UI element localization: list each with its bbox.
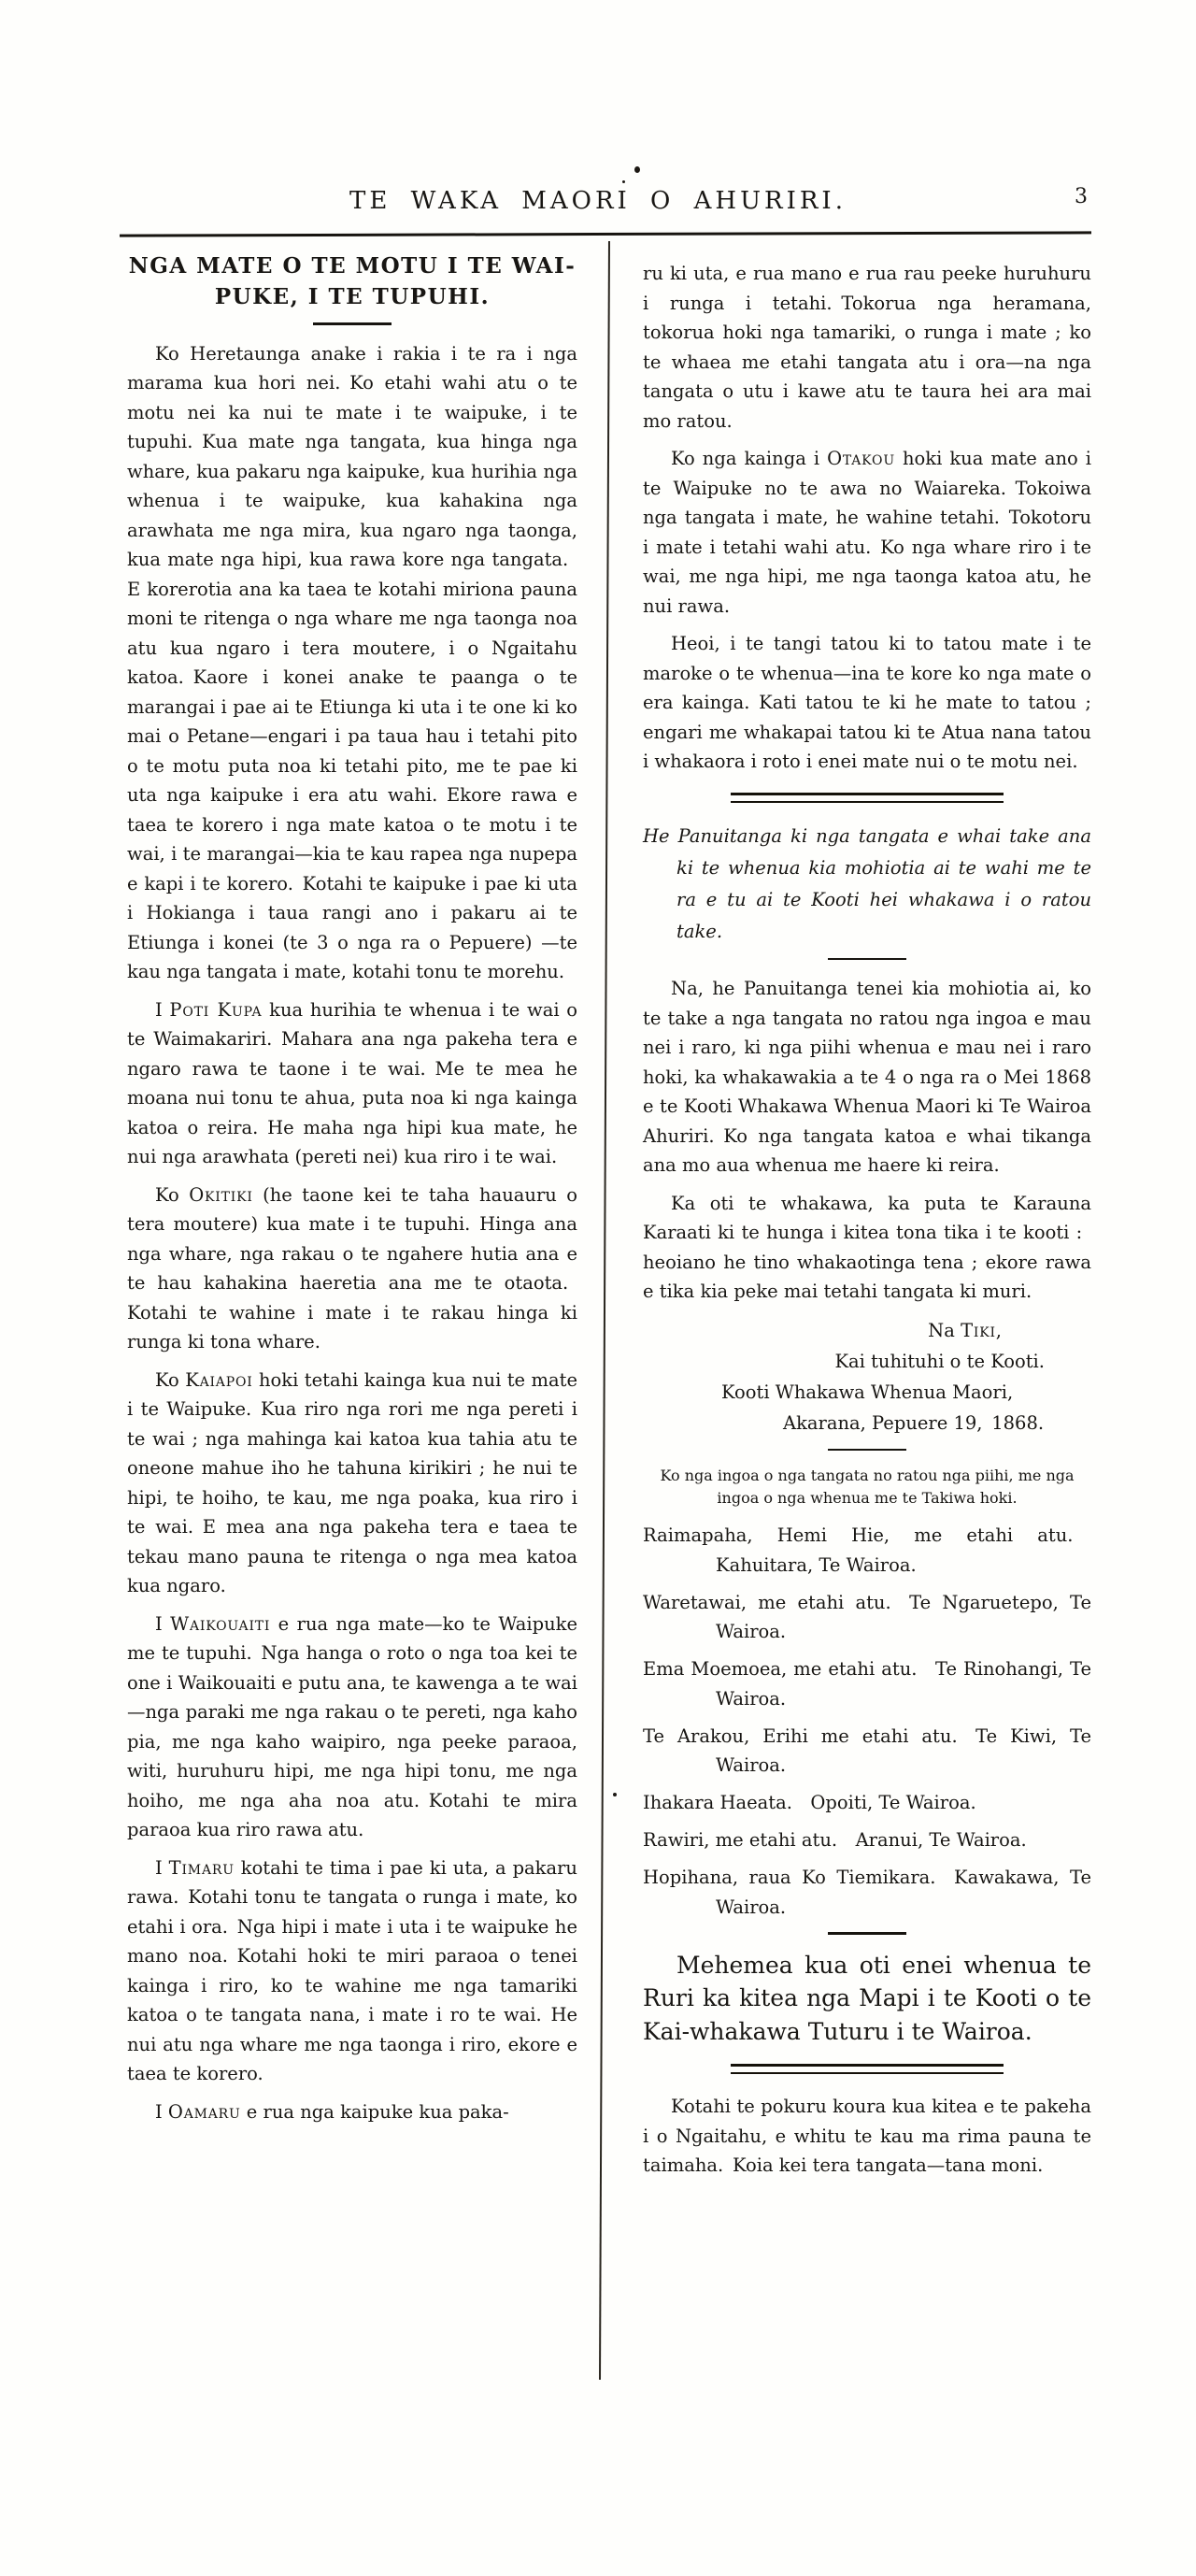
page-number: 3 xyxy=(1075,185,1088,208)
signature-line: Akarana, Pepuere 19, 1868. xyxy=(643,1408,1091,1438)
signature-line: Kooti Whakawa Whenua Maori, xyxy=(643,1377,1091,1408)
text-run: Kai tuhituhi o te Kooti. xyxy=(834,1351,1045,1372)
small-caps-name: Kaiapoi xyxy=(185,1369,252,1391)
right-column: ru ki uta, e rua mano e rua rau peeke hu… xyxy=(643,259,1091,2189)
text-run: I xyxy=(155,1857,169,1879)
small-caps-name: Timaru xyxy=(169,1857,235,1879)
heading-rule xyxy=(313,322,392,325)
text-run: Na, he Panuitanga tenei kia mohiotia ai,… xyxy=(643,978,1091,1176)
scan-speck xyxy=(613,1793,617,1796)
small-caps-name: Poti Kupa xyxy=(169,999,262,1021)
text-run: Mehemea kua oti enei whenua te Ruri ka k… xyxy=(643,1952,1091,2045)
text-run: Ihakara Haeata. Opoiti, Te Wairoa. xyxy=(643,1792,976,1813)
masthead-title: TE WAKA MAORI O AHURIRI. xyxy=(0,187,1196,215)
small-caps-name: Okitiki xyxy=(189,1184,252,1206)
article-paragraph: I Poti Kupa kua hurihia te whenua i te w… xyxy=(127,995,577,1172)
section-divider-rule xyxy=(731,2064,1004,2074)
section-divider-rule xyxy=(731,793,1004,803)
text-run: e rua nga kaipuke kua paka- xyxy=(241,2101,509,2123)
left-column: NGA MATE O TE MOTU I TE WAI-PUKE, I TE T… xyxy=(127,250,577,2135)
list-preamble: Ko nga ingoa o nga tangata no ratou nga … xyxy=(643,1465,1091,1509)
article-paragraph: I Timaru kotahi te tima i pae ki uta, a … xyxy=(127,1853,577,2089)
text-run: I xyxy=(155,2101,168,2123)
article-heading: NGA MATE O TE MOTU I TE WAI-PUKE, I TE T… xyxy=(127,250,577,312)
text-run: hoki tetahi kainga kua nui te mate i te … xyxy=(127,1369,577,1597)
survey-paragraph: Mehemea kua oti enei whenua te Ruri ka k… xyxy=(643,1949,1091,2049)
text-run: Hopihana, raua Ko Tiemikara. Kawakawa, T… xyxy=(643,1867,1091,1918)
heading-line: NGA MATE O TE MOTU I TE WAI- xyxy=(127,250,577,281)
small-caps-name: Waikouaiti xyxy=(170,1613,270,1635)
text-run: , xyxy=(996,1320,1002,1341)
text-run: hoki kua mate ano i te Waipuke no te awa… xyxy=(643,448,1091,617)
article-paragraph: Ko nga kainga i Otakou hoki kua mate ano… xyxy=(643,444,1091,621)
column-divider-rule xyxy=(599,241,610,2380)
text-run: Ko xyxy=(155,1184,189,1206)
scan-speck xyxy=(634,166,640,173)
survey-rule xyxy=(828,1932,906,1935)
article-paragraph: I Oamaru e rua nga kaipuke kua paka- xyxy=(127,2097,577,2127)
small-caps-name: Tiki xyxy=(961,1320,996,1341)
gold-paragraph: Kotahi te pokuru koura kua kitea e te pa… xyxy=(643,2092,1091,2181)
notice-heading: He Panuitanga ki nga tangata e whai take… xyxy=(643,821,1091,948)
land-claim-item: Ihakara Haeata. Opoiti, Te Wairoa. xyxy=(643,1788,1091,1818)
article-paragraph-continued: ru ki uta, e rua mano e rua rau peeke hu… xyxy=(643,259,1091,436)
list-rule xyxy=(828,1449,906,1452)
article-paragraph: I Waikouaiti e rua nga mate—ko te Waipuk… xyxy=(127,1610,577,1845)
article-paragraph: Ko Okitiki (he taone kei te taha hauauru… xyxy=(127,1181,577,1357)
scan-speck xyxy=(622,180,625,183)
text-run: Ko nga kainga i xyxy=(671,448,827,469)
text-run: Ka oti te whakawa, ka puta te Karauna Ka… xyxy=(643,1193,1091,1303)
text-run: Kooti Whakawa Whenua Maori, xyxy=(721,1381,1013,1403)
text-run: Waretawai, me etahi atu. Te Ngaruetepo, … xyxy=(643,1592,1091,1643)
text-run: Te Arakou, Erihi me etahi atu. Te Kiwi, … xyxy=(643,1725,1091,1777)
land-claim-item: Te Arakou, Erihi me etahi atu. Te Kiwi, … xyxy=(643,1722,1091,1781)
signature-line: Na Tiki, xyxy=(643,1315,1091,1346)
text-run: (he taone kei te taha hauauru o tera mou… xyxy=(127,1184,577,1353)
text-run: Ko nga ingoa o nga tangata no ratou nga … xyxy=(660,1467,1074,1507)
text-run: Ko xyxy=(155,1369,185,1391)
text-run: Kotahi te pokuru koura kua kitea e te pa… xyxy=(643,2096,1091,2176)
notice-paragraph: Ka oti te whakawa, ka puta te Karauna Ka… xyxy=(643,1189,1091,1307)
text-run: Akarana, Pepuere 19, 1868. xyxy=(783,1412,1044,1434)
text-run: Rawiri, me etahi atu. Aranui, Te Wairoa. xyxy=(643,1829,1027,1851)
newspaper-page: TE WAKA MAORI O AHURIRI. 3 NGA MATE O TE… xyxy=(0,0,1196,2576)
land-claim-item: Waretawai, me etahi atu. Te Ngaruetepo, … xyxy=(643,1588,1091,1647)
text-run: Heoi, i te tangi tatou ki to tatou mate … xyxy=(643,633,1091,772)
article-paragraph: Ko Heretaunga anake i rakia i te ra i ng… xyxy=(127,339,577,987)
article-paragraph: Heoi, i te tangi tatou ki to tatou mate … xyxy=(643,629,1091,777)
article-paragraph: Ko Kaiapoi hoki tetahi kainga kua nui te… xyxy=(127,1366,577,1601)
text-run: Ema Moemoea, me etahi atu. Te Rinohangi,… xyxy=(643,1658,1091,1710)
text-run: Na xyxy=(928,1320,961,1341)
small-caps-name: Otakou xyxy=(827,448,895,469)
masthead-rule xyxy=(120,231,1091,236)
land-claim-item: Hopihana, raua Ko Tiemikara. Kawakawa, T… xyxy=(643,1863,1091,1922)
notice-paragraph: Na, he Panuitanga tenei kia mohiotia ai,… xyxy=(643,974,1091,1181)
small-caps-name: Oamaru xyxy=(168,2101,241,2123)
heading-line: PUKE, I TE TUPUHI. xyxy=(127,281,577,312)
text-run: e rua nga mate—ko te Waipuke me te tupuh… xyxy=(127,1613,577,1841)
text-run: kotahi te tima i pae ki uta, a pakaru ra… xyxy=(127,1857,577,2085)
notice-rule xyxy=(828,958,906,961)
text-run: He Panuitanga ki nga tangata e whai take… xyxy=(643,825,1091,942)
text-run: ru ki uta, e rua mano e rua rau peeke hu… xyxy=(643,263,1091,432)
land-claim-item: Rawiri, me etahi atu. Aranui, Te Wairoa. xyxy=(643,1825,1091,1855)
text-run: Ko Heretaunga anake i rakia i te ra i ng… xyxy=(127,343,577,983)
text-run: I xyxy=(155,999,169,1021)
text-run: kua hurihia te whenua i te wai o te Waim… xyxy=(127,999,577,1168)
text-run: I xyxy=(155,1613,170,1635)
land-claim-item: Ema Moemoea, me etahi atu. Te Rinohangi,… xyxy=(643,1654,1091,1713)
land-claim-item: Raimapaha, Hemi Hie, me etahi atu. Kahui… xyxy=(643,1521,1091,1580)
signature-line: Kai tuhituhi o te Kooti. xyxy=(643,1346,1091,1377)
text-run: Raimapaha, Hemi Hie, me etahi atu. Kahui… xyxy=(643,1524,1091,1576)
